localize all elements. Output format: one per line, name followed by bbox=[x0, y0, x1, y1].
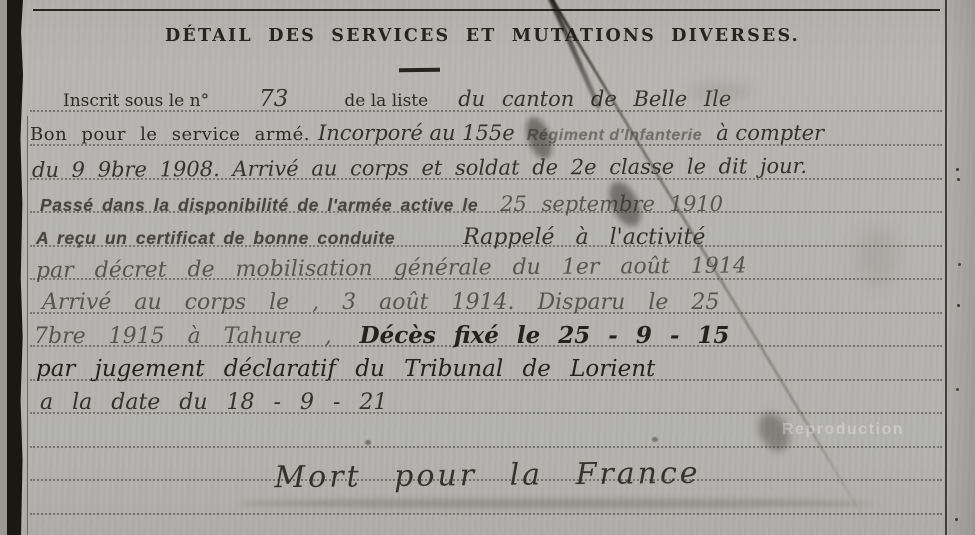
scanned-record-page: DÉTAIL DES SERVICES ET MUTATIONS DIVERSE… bbox=[0, 0, 975, 535]
registration-line: Inscrit sous le n° 73 de la liste du can… bbox=[63, 86, 731, 112]
section-title: DÉTAIL DES SERVICES ET MUTATIONS DIVERSE… bbox=[30, 26, 935, 46]
disparition-text: 7bre 1915 à Tahure , bbox=[34, 324, 332, 349]
disponibilite-stamp-text: Passé dans la disponibilité de l'armée a… bbox=[40, 195, 478, 215]
arrival-1908-line: du 9 9bre 1908. Arrivé au corps et solda… bbox=[32, 154, 807, 182]
regiment-stamp-text: Régiment d'Infanterie bbox=[527, 127, 703, 144]
ink-speck bbox=[365, 440, 371, 445]
inscrit-label: Inscrit sous le n° bbox=[63, 91, 209, 111]
pencil-smear bbox=[238, 499, 872, 508]
deces-text: Décès fixé le 25 - 9 - 15 bbox=[360, 322, 730, 349]
jugement-line: par jugement déclaratif du Tribunal de L… bbox=[36, 356, 655, 382]
paper-stain bbox=[688, 82, 752, 102]
liste-label: de la liste bbox=[344, 91, 428, 111]
reproduction-watermark: Reproduction bbox=[782, 421, 904, 439]
header-top-rule bbox=[33, 9, 940, 11]
jugement-date-line: a la date du 18 - 9 - 21 bbox=[40, 390, 387, 415]
title-underline bbox=[399, 68, 440, 72]
aptitude-text: Bon pour le service armé. bbox=[30, 124, 310, 145]
compter-text: à compter bbox=[716, 121, 824, 145]
dotted-rule bbox=[30, 446, 942, 448]
incorporation-line: Bon pour le service armé. Incorporé au 1… bbox=[30, 121, 824, 145]
edge-ink-marks bbox=[956, 168, 959, 171]
conduite-line: A reçu un certificat de bonne conduite R… bbox=[36, 225, 705, 250]
dotted-rule bbox=[30, 513, 942, 515]
registration-number: 73 bbox=[259, 86, 288, 112]
retour-corps-line: Arrivé au corps le , 3 août 1914. Dispar… bbox=[42, 290, 719, 315]
conduite-stamp-text: A reçu un certificat de bonne conduite bbox=[36, 228, 395, 248]
rappel-text: Rappelé à l'activité bbox=[463, 225, 705, 250]
incorporation-text: Incorporé au 155e bbox=[318, 121, 515, 145]
mobilisation-line: par décret de mobilisation générale du 1… bbox=[36, 254, 747, 284]
page-left-edge bbox=[0, 0, 8, 535]
paper-stain bbox=[856, 225, 898, 287]
ink-speck bbox=[652, 437, 658, 442]
deces-line: 7bre 1915 à Tahure , Décès fixé le 25 - … bbox=[34, 322, 729, 349]
binding-strip bbox=[7, 0, 23, 535]
